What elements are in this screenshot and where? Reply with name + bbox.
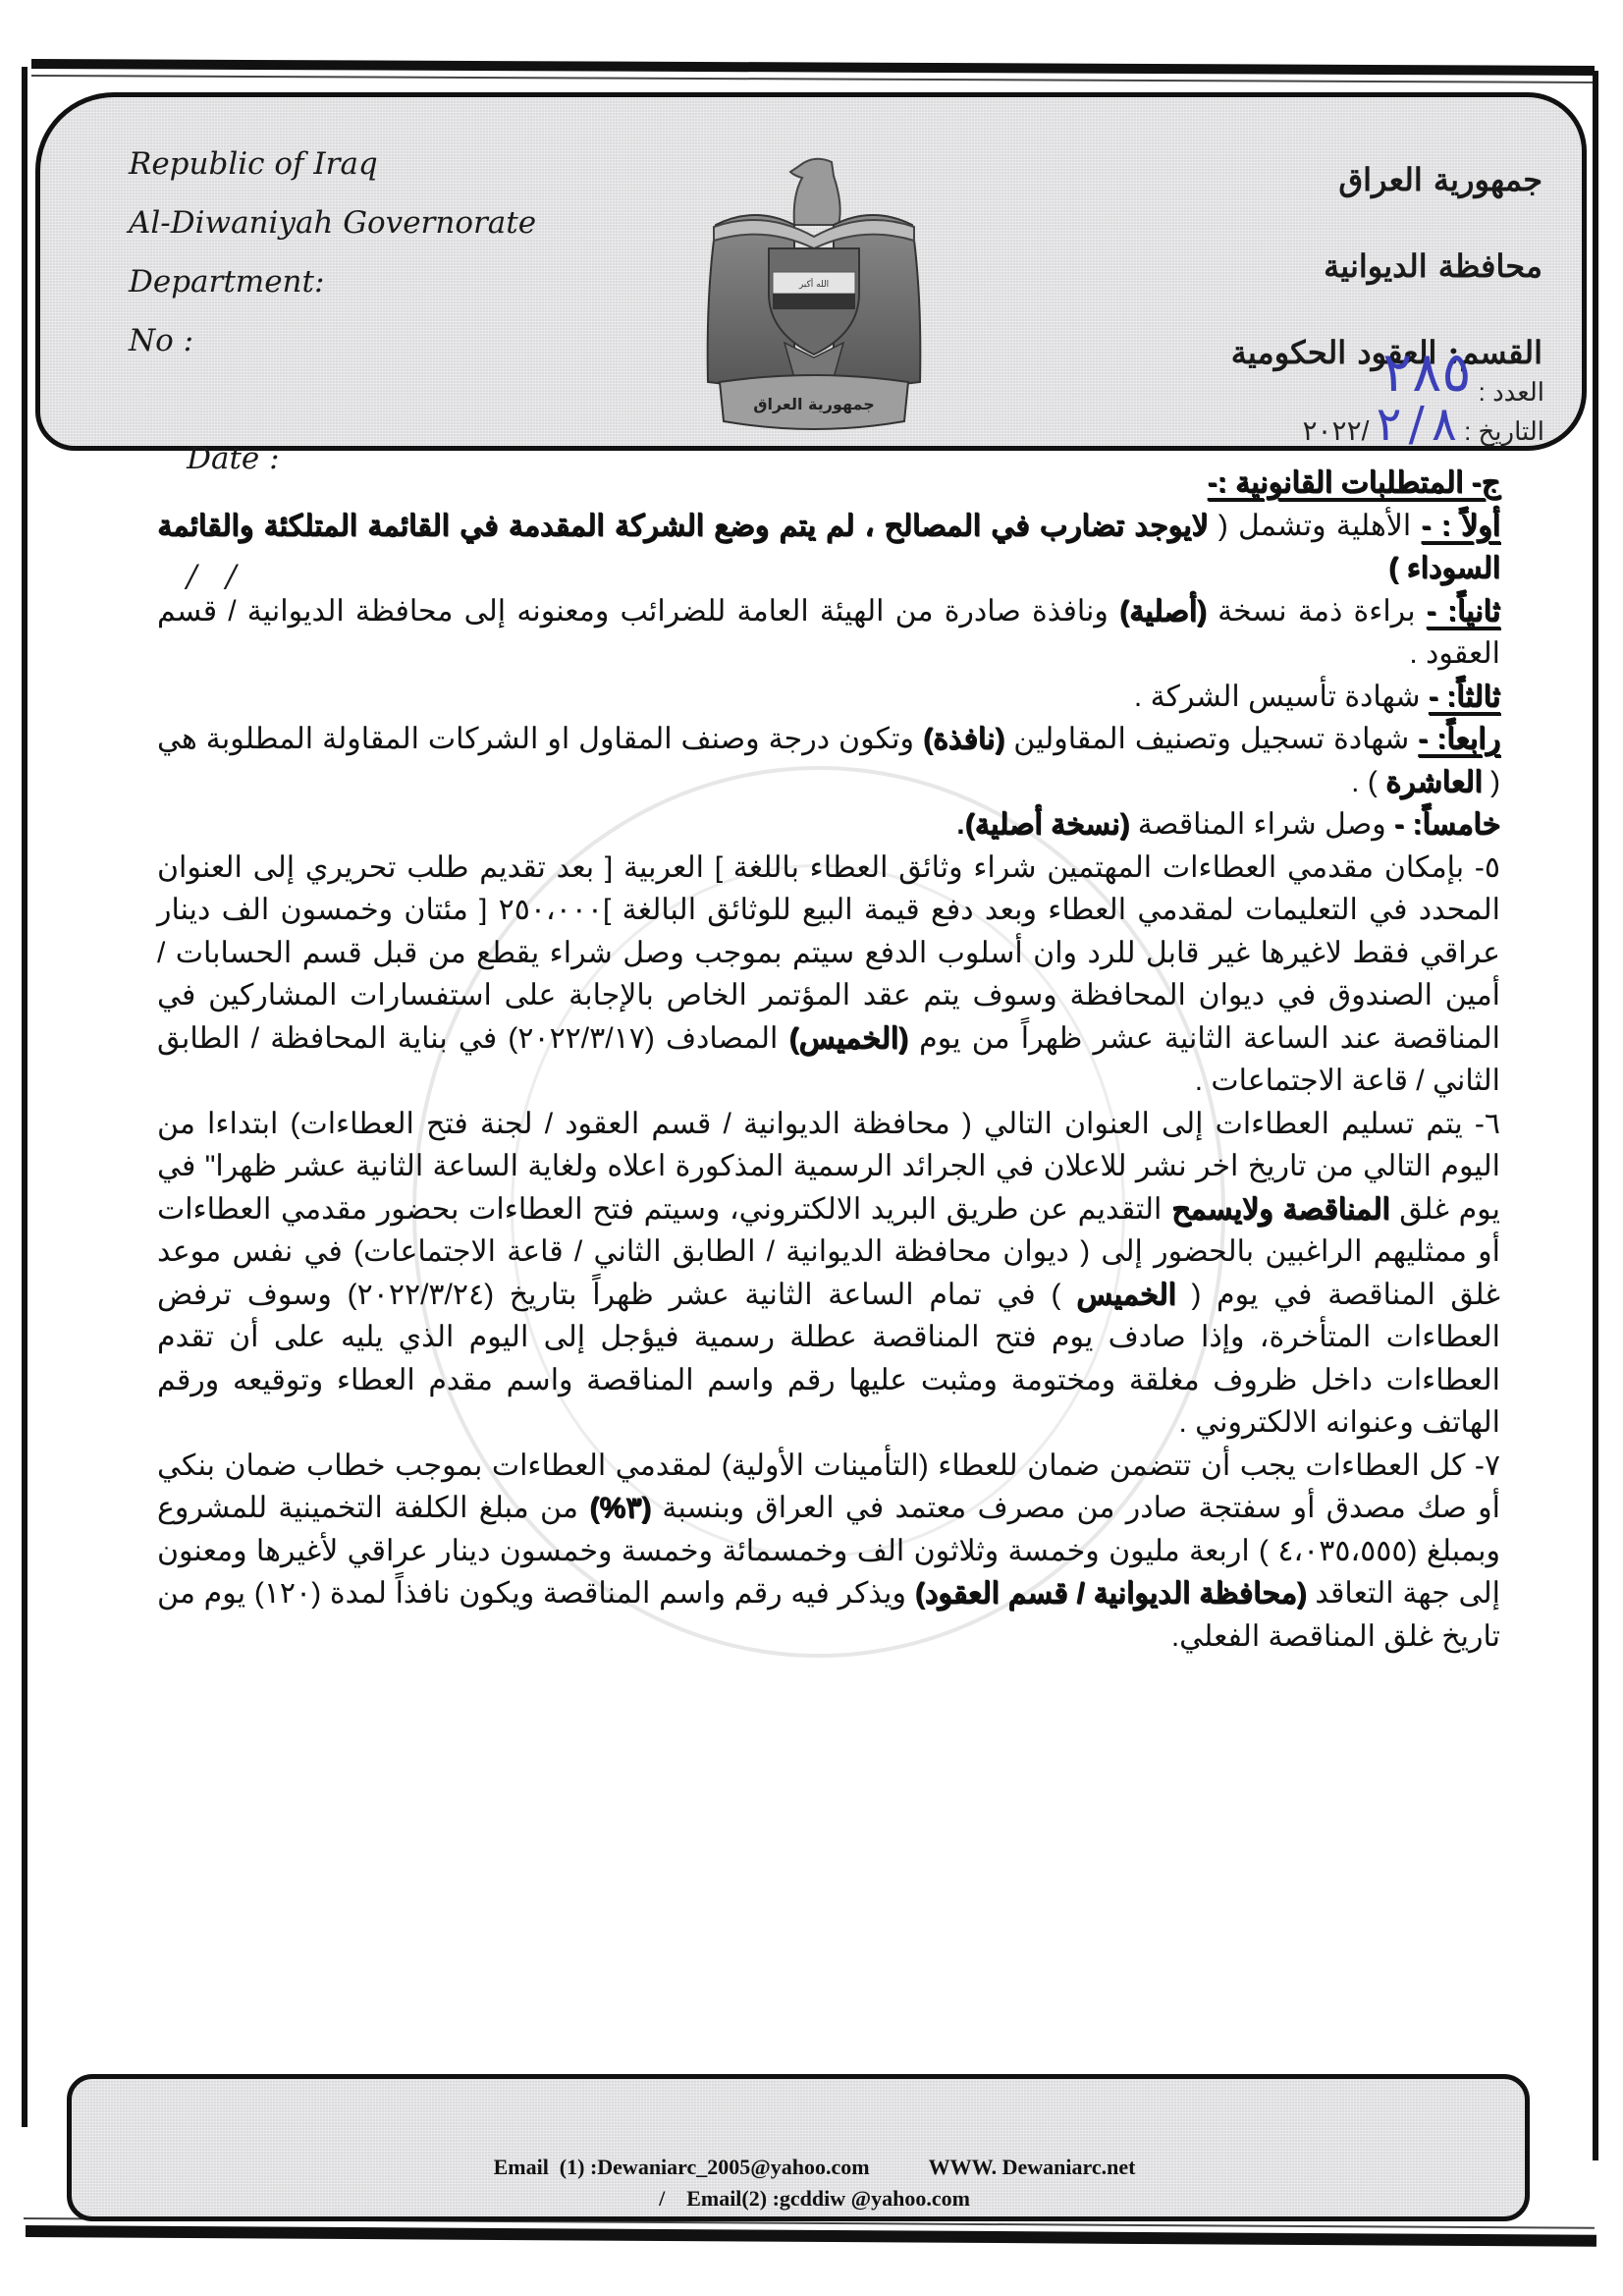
- second-label: ثانياً: -: [1427, 595, 1500, 628]
- page-frame-right: [1593, 71, 1598, 2160]
- letterhead-footer: Email (1) :Dewaniarc_2005@yahoo.comWWW. …: [67, 2074, 1530, 2221]
- requirement-second: ثانياً: - براءة ذمة نسخة (أصلية) ونافذة …: [157, 590, 1500, 676]
- date-label-row: Date : / /: [129, 370, 536, 429]
- fifth-label: خامساً: -: [1394, 808, 1500, 841]
- website: WWW. Dewaniarc.net: [929, 2155, 1136, 2179]
- paragraph-5: ٥- بإمكان مقدمي العطاءات المهتمين شراء و…: [157, 847, 1500, 1103]
- page-frame-top-line: [31, 75, 1595, 83]
- number-label: No :: [129, 311, 536, 370]
- svg-text:جمهورية العراق: جمهورية العراق: [753, 395, 875, 413]
- email-2: / Email(2) :gcddiw @yahoo.com: [659, 2186, 970, 2211]
- third-label: ثالثاً: -: [1429, 681, 1500, 713]
- page-frame-top-bar: [31, 59, 1595, 76]
- fourth-label: رابعاً: -: [1418, 723, 1500, 755]
- number-row: العدد : ٢٨٥: [1302, 362, 1544, 404]
- contact-row-1: Email (1) :Dewaniarc_2005@yahoo.comWWW. …: [72, 2120, 1525, 2152]
- printed-year: /٢٠٢٢: [1302, 415, 1369, 446]
- department-label: Department:: [129, 252, 536, 311]
- governorate-english: Al-Diwaniyah Governorate: [129, 193, 536, 252]
- paragraph-7: ٧- كل العطاءات يجب أن تتضمن ضمان للعطاء …: [157, 1445, 1500, 1659]
- email-1: Email (1) :Dewaniarc_2005@yahoo.com: [494, 2155, 870, 2179]
- english-letterhead: Republic of Iraq Al-Diwaniyah Governorat…: [129, 135, 536, 429]
- letterhead: Republic of Iraq Al-Diwaniyah Governorat…: [35, 92, 1587, 451]
- handwritten-day: ٨: [1432, 404, 1457, 445]
- requirement-third: ثالثاً: - شهادة تأسيس الشركة .: [157, 676, 1500, 719]
- governorate-arabic: محافظة الديوانية: [1231, 223, 1542, 309]
- contact-info: Email (1) :Dewaniarc_2005@yahoo.comWWW. …: [72, 2120, 1525, 2183]
- reference-block: العدد : ٢٨٥ التاريخ : ٨ / ٢ /٢٠٢٢: [1302, 362, 1544, 445]
- date-row: التاريخ : ٨ / ٢ /٢٠٢٢: [1302, 404, 1544, 445]
- handwritten-number: ٢٨٥: [1382, 353, 1471, 394]
- number-label-arabic: العدد :: [1479, 377, 1544, 407]
- requirement-fourth: رابعاً: - شهادة تسجيل وتصنيف المقاولين (…: [157, 718, 1500, 803]
- page-frame-bottom-bar: [26, 2225, 1596, 2247]
- section-title: ج- المتطلبات القانونية :-: [157, 462, 1500, 505]
- requirement-fifth: خامساً: - وصل شراء المناقصة (نسخة أصلية)…: [157, 803, 1500, 847]
- country-english: Republic of Iraq: [129, 135, 536, 193]
- svg-text:الله أكبر: الله أكبر: [798, 278, 829, 290]
- requirement-first: أولاً : - الأهلية وتشمل ( لايوجد تضارب ف…: [157, 505, 1500, 590]
- document-body: ج- المتطلبات القانونية :- أولاً : - الأه…: [157, 462, 1500, 1658]
- eagle-emblem-icon: الله أكبر جمهورية العراق: [696, 146, 932, 441]
- country-arabic: جمهورية العراق: [1231, 137, 1542, 223]
- handwritten-month: ٢: [1377, 404, 1402, 445]
- first-label: أولاً : -: [1422, 510, 1500, 542]
- handwritten-separator: /: [1409, 404, 1425, 445]
- date-label-arabic: التاريخ :: [1464, 416, 1544, 446]
- page-frame-left: [22, 67, 27, 2127]
- paragraph-6: ٦- يتم تسليم العطاءات إلى العنوان التالي…: [157, 1103, 1500, 1445]
